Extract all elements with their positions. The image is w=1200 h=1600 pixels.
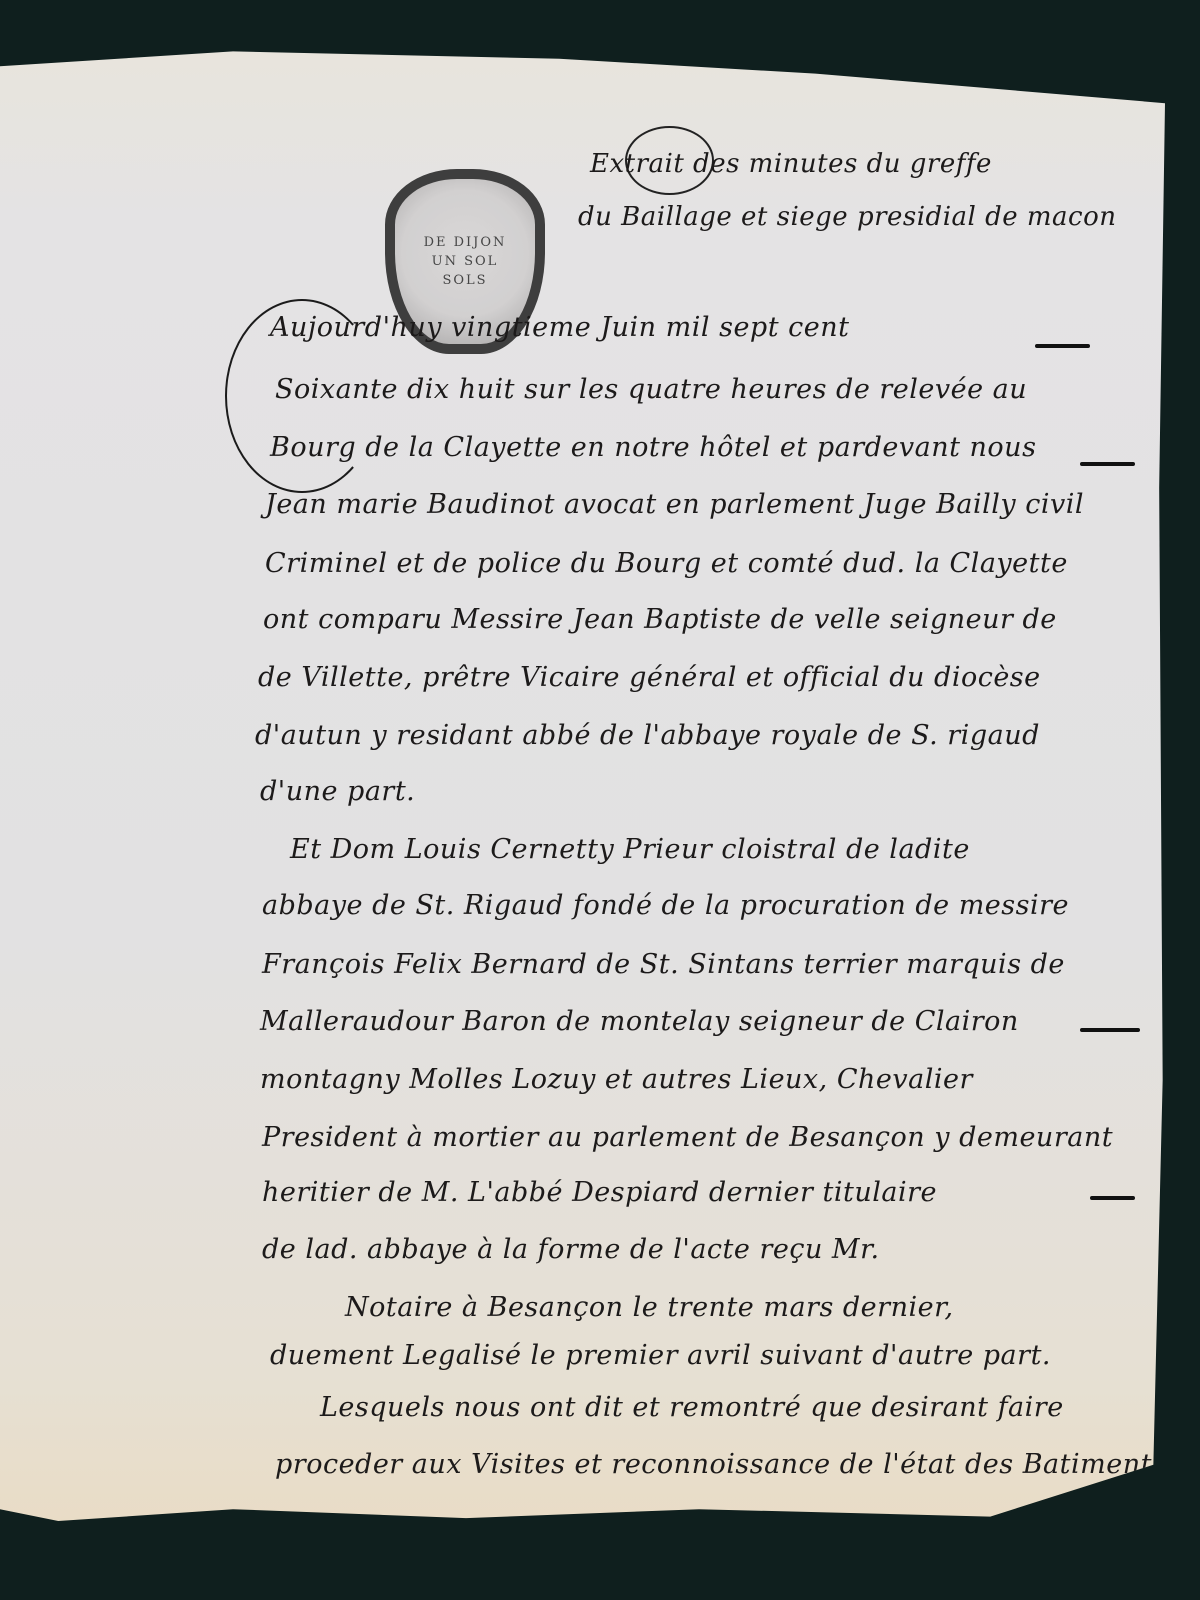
body-line: Soixante dix huit sur les quatre heures … xyxy=(275,374,1027,405)
body-line: duement Legalisé le premier avril suivan… xyxy=(270,1340,1051,1371)
body-line: ont comparu Messire Jean Baptiste de vel… xyxy=(263,604,1057,635)
body-line: Notaire à Besançon le trente mars dernie… xyxy=(345,1292,954,1323)
stamp-text-line: SOLS xyxy=(442,273,487,288)
body-line: President à mortier au parlement de Besa… xyxy=(262,1122,1113,1153)
line-filler-dash xyxy=(1035,344,1090,348)
header-line: du Baillage et siege presidial de macon xyxy=(578,202,1117,232)
manuscript-page: DE DIJON UN SOL SOLS Extrait des minutes… xyxy=(0,44,1165,1524)
line-filler-dash xyxy=(1090,1196,1135,1200)
stamp-text-line: UN SOL xyxy=(432,254,499,269)
stamp-text-line: DE DIJON xyxy=(424,235,507,250)
body-line: montagny Molles Lozuy et autres Lieux, C… xyxy=(260,1064,973,1095)
body-line: Bourg de la Clayette en notre hôtel et p… xyxy=(270,432,1036,463)
body-line: abbaye de St. Rigaud fondé de la procura… xyxy=(262,890,1069,921)
body-line: Lesquels nous ont dit et remontré que de… xyxy=(320,1392,1064,1423)
body-line: heritier de M. L'abbé Despiard dernier t… xyxy=(262,1177,937,1208)
body-line: François Felix Bernard de St. Sintans te… xyxy=(262,949,1065,980)
body-line: Malleraudour Baron de montelay seigneur … xyxy=(260,1006,1019,1037)
body-line: Jean marie Baudinot avocat en parlement … xyxy=(265,489,1084,520)
body-line: de lad. abbaye à la forme de l'acte reçu… xyxy=(262,1234,880,1265)
line-filler-dash xyxy=(1080,462,1135,466)
header-line: Extrait des minutes du greffe xyxy=(590,149,992,179)
body-line: proceder aux Visites et reconnoissance d… xyxy=(275,1449,1166,1480)
body-line: Et Dom Louis Cernetty Prieur cloistral d… xyxy=(290,834,970,865)
body-line: Aujourd'huy vingtieme Juin mil sept cent xyxy=(270,312,850,343)
body-line: d'autun y residant abbé de l'abbaye roya… xyxy=(255,720,1040,751)
body-line: d'une part. xyxy=(260,776,415,807)
line-filler-dash xyxy=(1080,1028,1140,1032)
body-line: Criminel et de police du Bourg et comté … xyxy=(265,548,1068,579)
body-line: de Villette, prêtre Vicaire général et o… xyxy=(258,662,1041,693)
